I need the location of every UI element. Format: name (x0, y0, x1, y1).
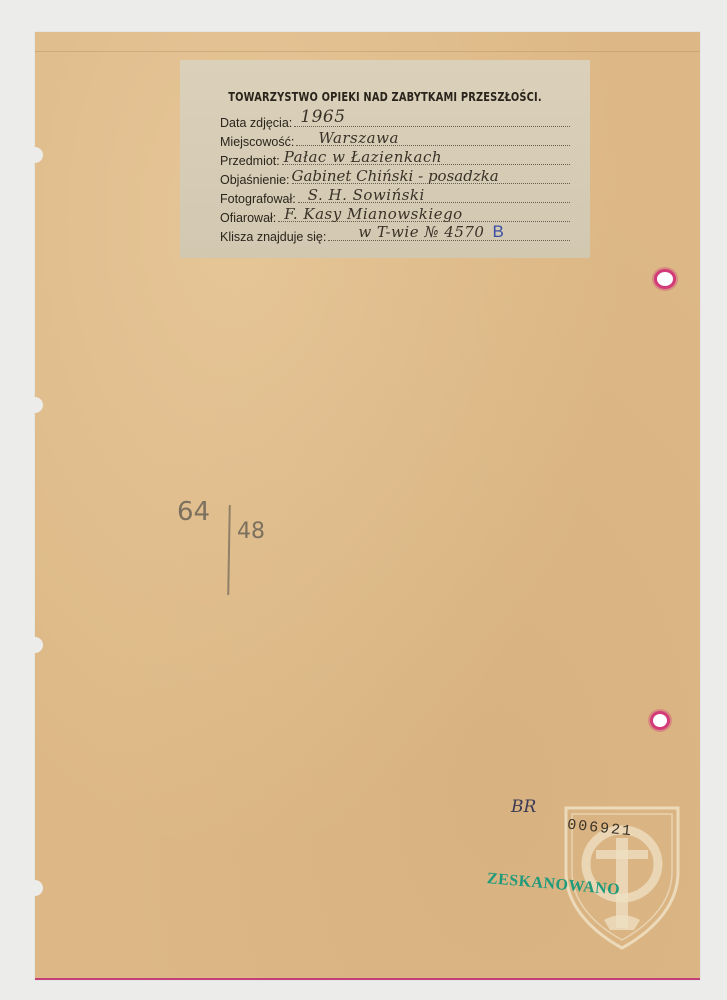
fold-line (35, 51, 700, 52)
description-value: Gabinet Chiński - posadzka (292, 167, 499, 185)
field-description: Objaśnienie: Gabinet Chiński - posadzka (220, 169, 570, 187)
negative-suffix: B (492, 222, 504, 241)
society-title: TOWARZYSTWO OPIEKI NAD ZABYTKAMI PRZESZŁ… (217, 90, 553, 104)
donor-value: F. Kasy Mianowskiego (284, 205, 462, 223)
handwritten-br: BR (511, 797, 536, 817)
field-date: Data zdjęcia: 1965 (220, 112, 570, 130)
place-value: Warszawa (318, 129, 399, 147)
photographer-value: S. H. Sowiński (308, 186, 425, 204)
pencil-divider (227, 505, 231, 595)
punch-hole (657, 272, 673, 286)
date-value: 1965 (300, 107, 345, 127)
edge-notch (27, 637, 43, 653)
subject-value: Pałac w Łazienkach (284, 148, 442, 166)
edge-notch (27, 880, 43, 896)
info-label: TOWARZYSTWO OPIEKI NAD ZABYTKAMI PRZESZŁ… (180, 60, 590, 258)
edge-notch (27, 147, 43, 163)
record-card: TOWARZYSTWO OPIEKI NAD ZABYTKAMI PRZESZŁ… (35, 32, 700, 980)
field-place: Miejscowość: Warszawa (220, 131, 570, 149)
field-photographer: Fotografował: S. H. Sowiński (220, 188, 570, 206)
field-subject: Przedmiot: Pałac w Łazienkach (220, 150, 570, 168)
punch-hole (653, 714, 667, 727)
edge-notch (27, 397, 43, 413)
field-negative-location: Klisza znajduje się: w T-wie № 4570B (220, 226, 570, 244)
negative-location-value: w T-wie № 4570B (358, 222, 504, 242)
